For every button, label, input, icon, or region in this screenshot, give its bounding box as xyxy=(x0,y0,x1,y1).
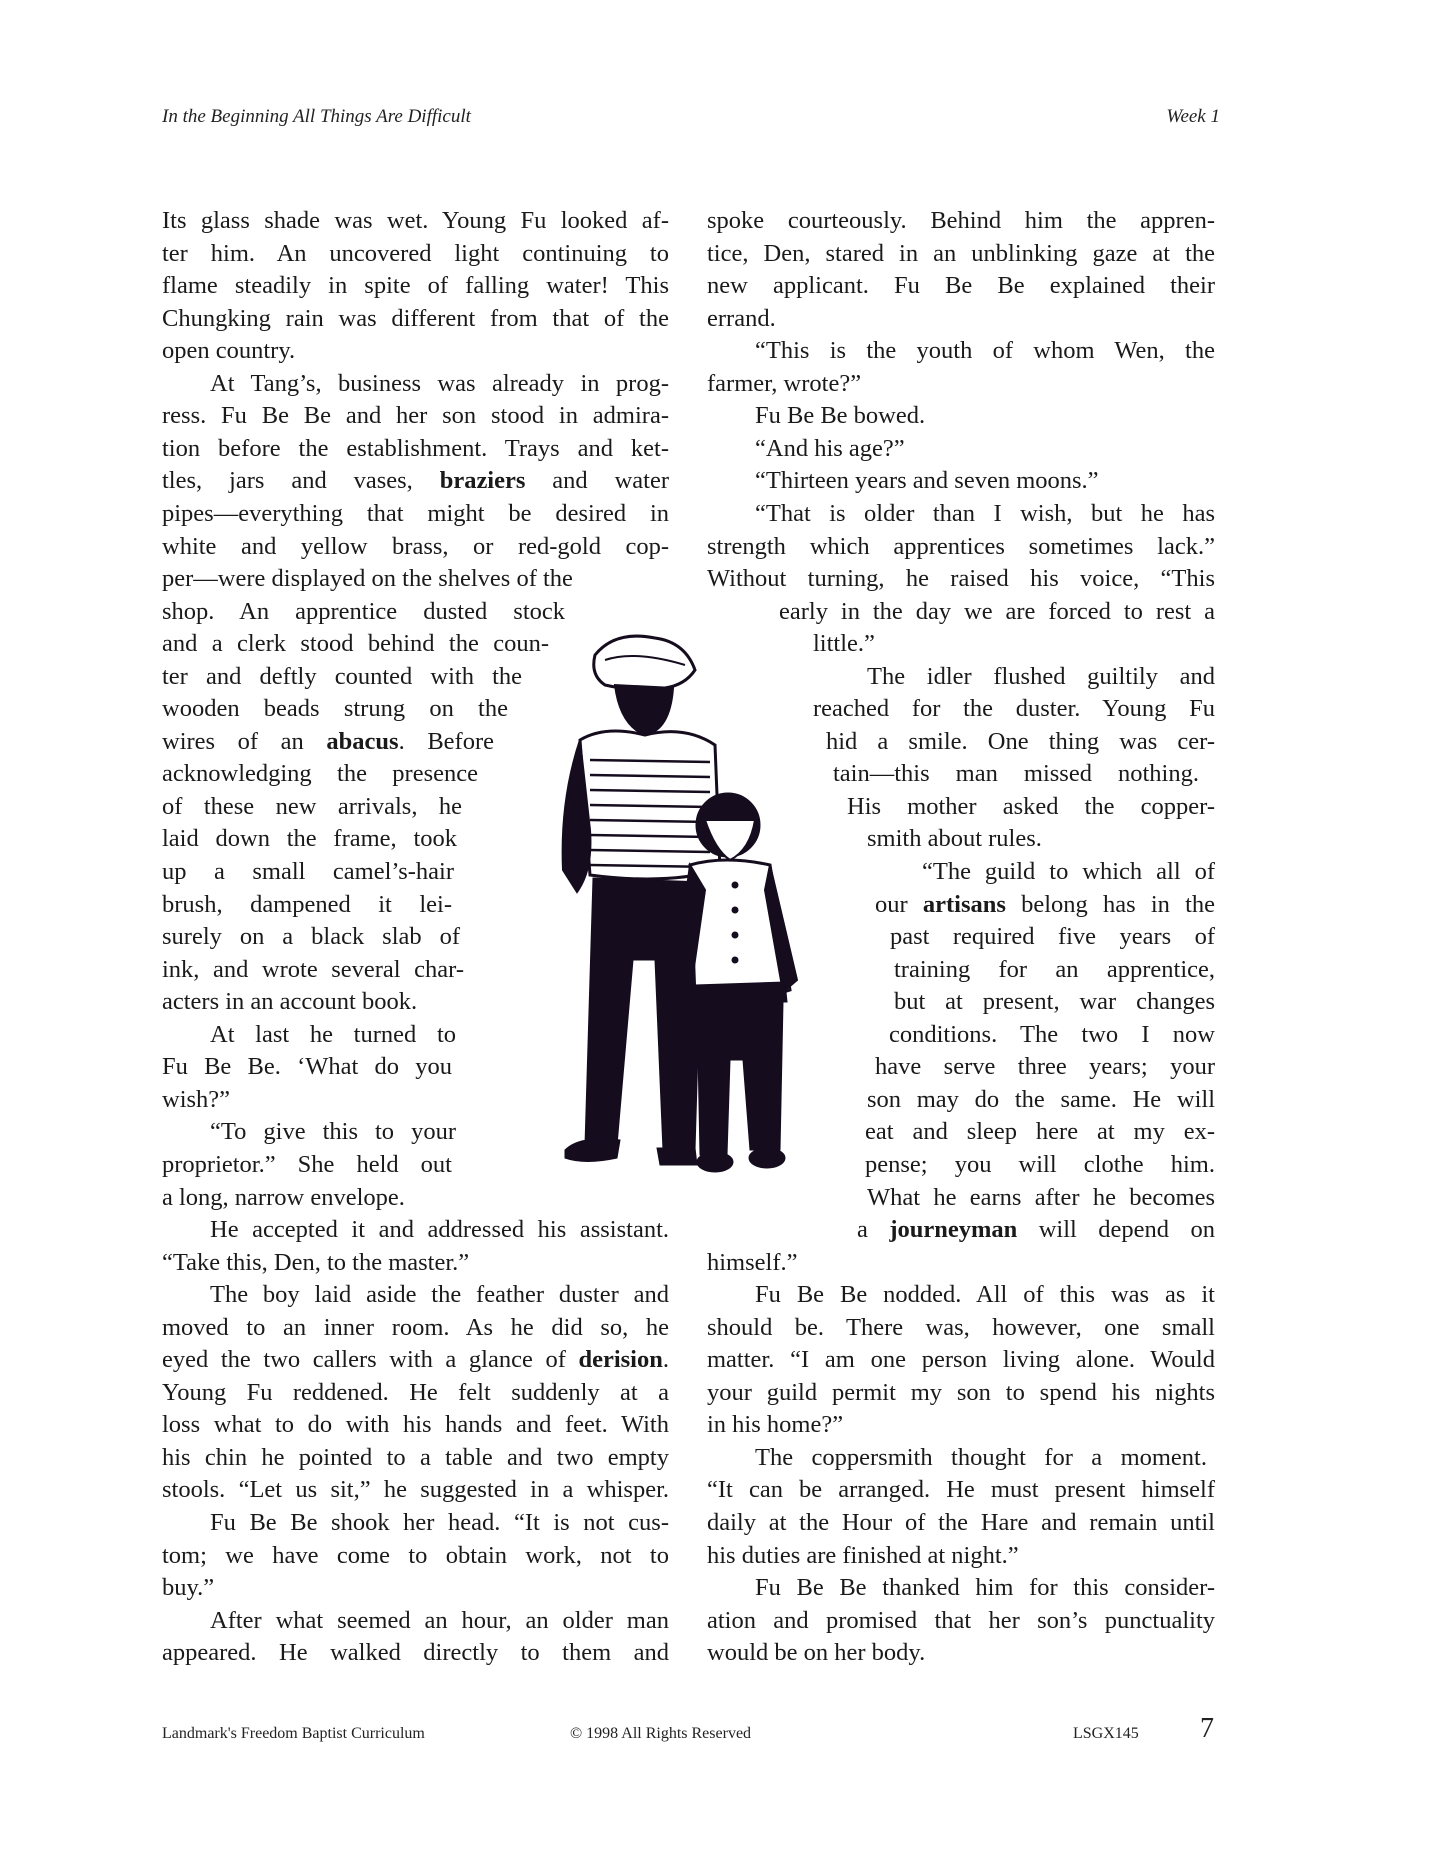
text-line: At last he turned to xyxy=(210,1019,456,1051)
text-line: Without turning, he raised his voice, “T… xyxy=(707,563,1215,595)
text-line: new applicant. Fu Be Be explained their xyxy=(707,270,1215,302)
text-line: tice, Den, stared in an unblinking gaze … xyxy=(707,238,1215,270)
publisher-name: Landmark's Freedom Baptist Curriculum xyxy=(162,1725,425,1743)
page-number: 7 xyxy=(1200,1713,1214,1745)
text-line: pipes—everything that might be desired i… xyxy=(162,498,669,530)
text-line: strength which apprentices sometimes lac… xyxy=(707,531,1215,563)
vocabulary-word: artisans xyxy=(923,891,1006,918)
text-line: himself.” xyxy=(707,1247,1215,1279)
text-line: spoke courteously. Behind him the appren… xyxy=(707,205,1215,237)
text-line: of these new arrivals, he xyxy=(162,791,462,823)
text-line: daily at the Hour of the Hare and remain… xyxy=(707,1507,1215,1539)
text-line: would be on her body. xyxy=(707,1637,1215,1669)
text-line: proprietor.” She held out xyxy=(162,1149,452,1181)
text-line: little.” xyxy=(813,628,1215,660)
text-line: buy.” xyxy=(162,1572,669,1604)
text-line: The coppersmith thought for a moment. xyxy=(755,1442,1207,1474)
text-line: Fu Be Be. ‘What do you xyxy=(162,1051,452,1083)
text-line: Fu Be Be thanked him for this consider- xyxy=(755,1572,1215,1604)
text-line: ter him. An uncovered light continuing t… xyxy=(162,238,669,270)
text-line: eat and sleep here at my ex- xyxy=(865,1116,1215,1148)
text-line: matter. “I am one person living alone. W… xyxy=(707,1344,1215,1376)
text-line: What he earns after he becomes xyxy=(867,1182,1215,1214)
text-line: son may do the same. He will xyxy=(867,1084,1215,1116)
text-line: errand. xyxy=(707,303,1215,335)
text-line: laid down the frame, took xyxy=(162,823,457,855)
text-line: ress. Fu Be Be and her son stood in admi… xyxy=(162,400,669,432)
text-line: ation and promised that her son’s punctu… xyxy=(707,1605,1215,1637)
text-line: wish?” xyxy=(162,1084,452,1116)
text-line: He accepted it and addressed his assista… xyxy=(210,1214,669,1246)
text-line: tles, jars and vases, braziers and water xyxy=(162,465,669,497)
text-line: per—were displayed on the shelves of the xyxy=(162,563,614,595)
text-line: “Take this, Den, to the master.” xyxy=(162,1247,669,1279)
text-line: pense; you will clothe him. xyxy=(865,1149,1215,1181)
text-line: wires of an abacus. Before xyxy=(162,726,494,758)
text-line: in his home?” xyxy=(707,1409,1215,1441)
text-line: eyed the two callers with a glance of de… xyxy=(162,1344,669,1376)
text-line: and a clerk stood behind the coun- xyxy=(162,628,549,660)
text-line: flame steadily in spite of falling water… xyxy=(162,270,669,302)
text-line: “Thirteen years and seven moons.” xyxy=(755,465,1215,497)
text-line: Fu Be Be bowed. xyxy=(755,400,1215,432)
text-line: farmer, wrote?” xyxy=(707,368,1215,400)
text-line: early in the day we are forced to rest a xyxy=(779,596,1215,628)
text-line: At Tang’s, business was already in prog- xyxy=(210,368,669,400)
text-line: a long, narrow envelope. xyxy=(162,1182,452,1214)
text-line: acters in an account book. xyxy=(162,986,462,1018)
text-line: wooden beads strung on the xyxy=(162,693,508,725)
text-line: brush, dampened it lei- xyxy=(162,889,452,921)
text-line: “And his age?” xyxy=(755,433,1215,465)
running-header-week: Week 1 xyxy=(1166,106,1220,128)
vocabulary-word: derision xyxy=(578,1346,662,1373)
text-line: past required five years of xyxy=(890,921,1215,953)
text-line: moved to an inner room. As he did so, he xyxy=(162,1312,669,1344)
text-line: his duties are finished at night.” xyxy=(707,1540,1215,1572)
text-line: training for an apprentice, xyxy=(894,954,1215,986)
text-line: appeared. He walked directly to them and xyxy=(162,1637,669,1669)
text-line: Young Fu reddened. He felt suddenly at a xyxy=(162,1377,669,1409)
text-line: The idler flushed guiltily and xyxy=(867,661,1215,693)
text-line: open country. xyxy=(162,335,669,367)
text-line: reached for the duster. Young Fu xyxy=(813,693,1215,725)
text-line: Fu Be Be shook her head. “It is not cus- xyxy=(210,1507,669,1539)
illustration-icon xyxy=(545,630,810,1195)
text-line: should be. There was, however, one small xyxy=(707,1312,1215,1344)
text-line: His mother asked the copper- xyxy=(847,791,1215,823)
text-line: Chungking rain was different from that o… xyxy=(162,303,669,335)
text-line: but at present, war changes xyxy=(894,986,1215,1018)
vocabulary-word: journeyman xyxy=(889,1216,1017,1243)
text-line: “That is older than I wish, but he has xyxy=(755,498,1215,530)
text-line: “The guild to which all of xyxy=(922,856,1215,888)
text-line: up a small camel’s-hair xyxy=(162,856,454,888)
text-line: hid a smile. One thing was cer- xyxy=(826,726,1215,758)
text-line: stools. “Let us sit,” he suggested in a … xyxy=(162,1474,669,1506)
text-line: tion before the establishment. Trays and… xyxy=(162,433,669,465)
text-line: After what seemed an hour, an older man xyxy=(210,1605,669,1637)
text-line: “To give this to your xyxy=(210,1116,456,1148)
text-line: a journeyman will depend on xyxy=(857,1214,1215,1246)
copyright-notice: © 1998 All Rights Reserved xyxy=(570,1725,751,1743)
text-line: ink, and wrote several char- xyxy=(162,954,464,986)
text-line: have serve three years; your xyxy=(875,1051,1215,1083)
text-line: Its glass shade was wet. Young Fu looked… xyxy=(162,205,669,237)
text-line: conditions. The two I now xyxy=(889,1019,1215,1051)
text-line: “It can be arranged. He must present him… xyxy=(707,1474,1215,1506)
text-line: his chin he pointed to a table and two e… xyxy=(162,1442,669,1474)
text-line: The boy laid aside the feather duster an… xyxy=(210,1279,669,1311)
text-line: tom; we have come to obtain work, not to xyxy=(162,1540,669,1572)
text-line: your guild permit my son to spend his ni… xyxy=(707,1377,1215,1409)
text-line: smith about rules. xyxy=(867,823,1215,855)
text-line: loss what to do with his hands and feet.… xyxy=(162,1409,669,1441)
text-line: shop. An apprentice dusted stock xyxy=(162,596,565,628)
mother-and-son-illustration xyxy=(545,630,810,1195)
text-line: our artisans belong has in the xyxy=(875,889,1215,921)
text-line: acknowledging the presence xyxy=(162,758,478,790)
text-line: Fu Be Be nodded. All of this was as it xyxy=(755,1279,1215,1311)
text-line: surely on a black slab of xyxy=(162,921,460,953)
course-code: LSGX145 xyxy=(1073,1725,1139,1743)
vocabulary-word: braziers xyxy=(440,467,526,494)
text-line: ter and deftly counted with the xyxy=(162,661,522,693)
vocabulary-word: abacus xyxy=(326,728,398,755)
text-line: “This is the youth of whom Wen, the xyxy=(755,335,1215,367)
text-line: white and yellow brass, or red-gold cop- xyxy=(162,531,669,563)
running-header-title: In the Beginning All Things Are Difficul… xyxy=(162,106,471,128)
text-line: tain—this man missed nothing. xyxy=(833,758,1199,790)
